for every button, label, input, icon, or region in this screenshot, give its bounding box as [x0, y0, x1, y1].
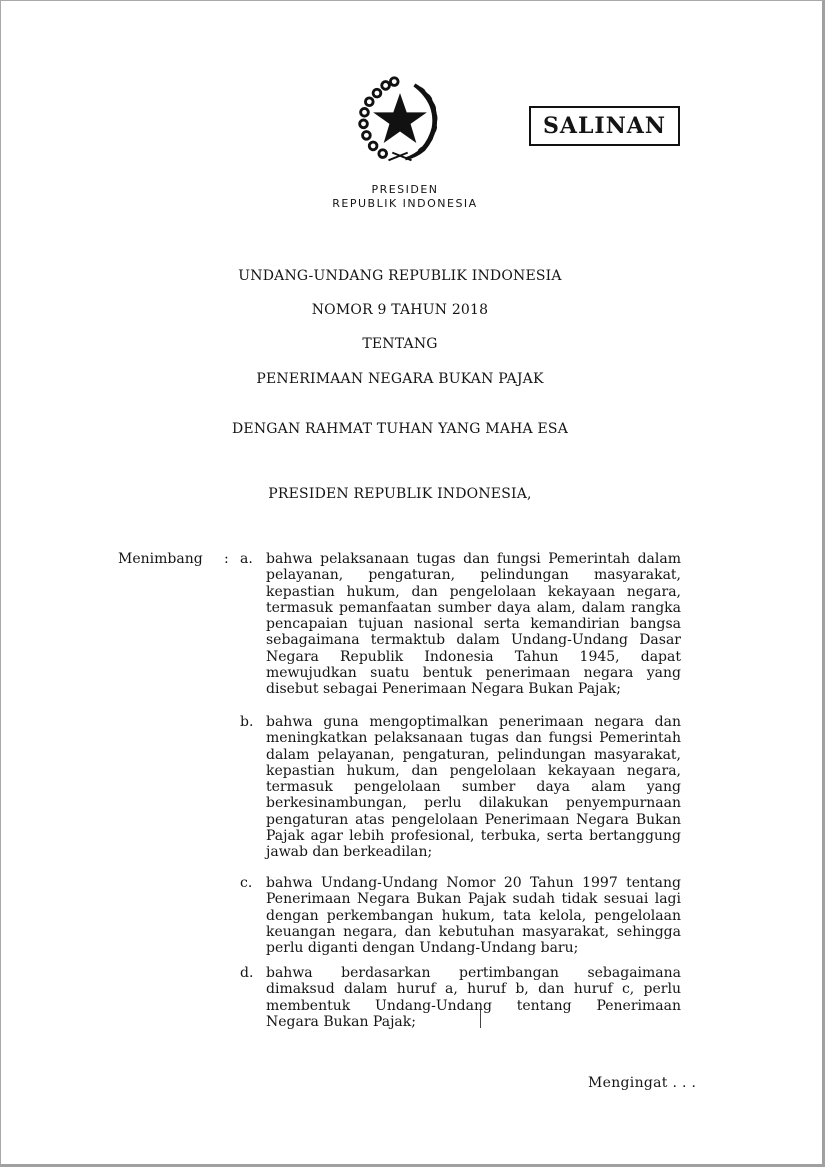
text-line: bahwa berdasarkan pertimbangan sebagaima… [266, 965, 681, 981]
text-line: pengaturan atas pengelolaan Penerimaan N… [266, 812, 681, 828]
considerations-label: Menimbang [118, 551, 203, 567]
text-line: berkesinambungan, perlu dilakukan penyem… [266, 795, 681, 811]
presidential-emblem-icon [352, 72, 448, 168]
text-line: keuangan negara, dan kebutuhan masyaraka… [266, 924, 681, 940]
text-line: meningkatkan pelaksanaan tugas dan fungs… [266, 730, 681, 746]
law-number-heading: NOMOR 9 TAHUN 2018 [0, 302, 800, 318]
office-line-republic: REPUBLIK INDONESIA [300, 197, 510, 210]
consideration-letter-b: b. [240, 714, 253, 730]
text-line: bahwa Undang-Undang Nomor 20 Tahun 1997 … [266, 875, 681, 891]
law-type-heading: UNDANG-UNDANG REPUBLIK INDONESIA [0, 268, 800, 284]
consideration-item-b: bahwa guna mengoptimalkan penerimaan neg… [266, 714, 681, 861]
consideration-item-a: bahwa pelaksanaan tugas dan fungsi Pemer… [266, 551, 681, 698]
text-line: kepastian hukum, dan pengelolaan kekayaa… [266, 763, 681, 779]
text-line: bahwa guna mengoptimalkan penerimaan neg… [266, 714, 681, 730]
text-line: bahwa pelaksanaan tugas dan fungsi Pemer… [266, 551, 681, 567]
text-line: kepastian hukum, dan pengelolaan kekayaa… [266, 584, 681, 600]
text-line: Pajak agar lebih profesional, terbuka, s… [266, 828, 681, 844]
consideration-letter-c: c. [240, 875, 252, 891]
text-line: dalam pelayanan, pengaturan, pelindungan… [266, 747, 681, 763]
text-line: jawab dan berkeadilan; [266, 844, 681, 860]
text-line: pelayanan, pengaturan, pelindungan masya… [266, 567, 681, 583]
consideration-item-d: bahwa berdasarkan pertimbangan sebagaima… [266, 965, 681, 1030]
text-line: dimaksud dalam huruf a, huruf b, dan hur… [266, 981, 681, 997]
text-line: disebut sebagai Penerimaan Negara Bukan … [266, 681, 681, 697]
text-line: Negara Republik Indonesia Tahun 1945, da… [266, 649, 681, 665]
invocation-heading: DENGAN RAHMAT TUHAN YANG MAHA ESA [0, 421, 800, 437]
text-line: sebagaimana termaktub dalam Undang-Undan… [266, 632, 681, 648]
continuation-marker: Mengingat . . . [588, 1075, 696, 1091]
salinan-stamp: SALINAN [529, 106, 680, 146]
office-line-president: PRESIDEN [300, 183, 510, 196]
text-line: termasuk pemanfaatan sumber daya alam, d… [266, 600, 681, 616]
text-line: termasuk pengelolaan sumber daya alam ya… [266, 779, 681, 795]
enactor-heading: PRESIDEN REPUBLIK INDONESIA, [0, 486, 800, 502]
consideration-item-c: bahwa Undang-Undang Nomor 20 Tahun 1997 … [266, 875, 681, 956]
consideration-letter-a: a. [240, 551, 253, 567]
subject-heading: PENERIMAAN NEGARA BUKAN PAJAK [0, 371, 800, 387]
text-line: membentuk Undang-Undang tentang Penerima… [266, 998, 681, 1014]
text-line: dengan perkembangan hukum, tata kelola, … [266, 908, 681, 924]
text-line: pencapaian tujuan nasional serta kemandi… [266, 616, 681, 632]
text-line: Penerimaan Negara Bukan Pajak sudah tida… [266, 891, 681, 907]
text-line: Negara Bukan Pajak; [266, 1014, 681, 1030]
text-line: perlu diganti dengan Undang-Undang baru; [266, 940, 681, 956]
about-heading: TENTANG [0, 336, 800, 352]
text-cursor-mark [480, 1010, 481, 1028]
considerations-separator: : [224, 551, 229, 567]
text-line: mewujudkan suatu bentuk penerimaan negar… [266, 665, 681, 681]
consideration-letter-d: d. [240, 965, 253, 981]
